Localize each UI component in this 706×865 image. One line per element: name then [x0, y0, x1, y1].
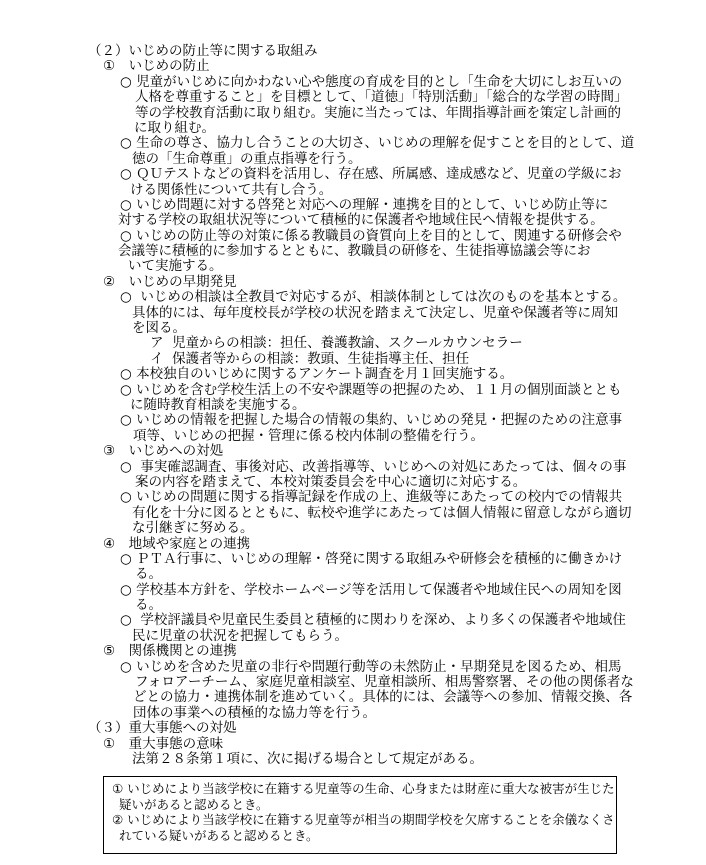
- text-line: イ 保護者等からの相談：教頭、生徒指導主任、担任: [150, 352, 688, 367]
- text-line: ② いじめにより当該学校に在籍する児童等が相当の期間学校を欠席することを余儀なく…: [112, 812, 610, 827]
- text-line: ③ いじめへの対処: [103, 444, 688, 459]
- text-line: ア 児童からの相談：担任、養護教諭、スクールカウンセラー: [150, 336, 688, 351]
- text-line: ○ いじめの問題に関する指導記録を作成の上、進級等にあたっての校内での情報共: [120, 490, 688, 505]
- text-line: ○ いじめを含む学校生活上の不安や課題等の把握のため、１１月の個別面談ととも: [120, 383, 688, 398]
- text-line: ① いじめの防止: [103, 59, 688, 74]
- serious-case-box-lines: ① いじめにより当該学校に在籍する児童等の生命、心身または財産に重大な被害が生じ…: [112, 781, 610, 843]
- text-line: ① 重大事態の意味: [103, 737, 688, 752]
- text-line: 具体的には、毎年度校長が学校の状況を踏まえて決定し、児童や保護者等に周知: [132, 306, 688, 321]
- text-line: 疑いがあると認めるとき。: [119, 797, 610, 812]
- text-line: な引継ぎに努める。: [132, 521, 688, 536]
- text-line: る。: [135, 567, 688, 582]
- policy-text-lines: （２）いじめの防止等に関する取組み① いじめの防止○ 児童がいじめに向かわない心…: [88, 44, 688, 767]
- text-line: どとの協力・連携体制を進めていく。具体的には、会議等への参加、情報交換、各: [133, 690, 688, 705]
- text-line: ④ 地域や家庭との連携: [103, 537, 688, 552]
- text-line: 会議等に積極的に参加するとともに、教職員の研修を、生徒指導協議会等にお: [118, 244, 688, 259]
- text-line: ○ 学校評議員や児童民生委員と積極的に関わりを深め、より多くの保護者や地域住: [120, 613, 688, 628]
- text-line: ⑤ 関係機関との連携: [103, 644, 688, 659]
- text-line: 有化を十分に図るとともに、転校や進学にあたっては個人情報に留意しながら適切: [132, 506, 688, 521]
- serious-case-definition-box: ① いじめにより当該学校に在籍する児童等の生命、心身または財産に重大な被害が生じ…: [103, 776, 617, 854]
- text-line: 項等、いじめの把握・管理に係る校内体制の整備を行う。: [133, 429, 688, 444]
- text-line: 団体の事業への積極的な協力等を行う。: [133, 706, 688, 721]
- text-line: ○ いじめ問題に対する啓発と対応への理解・連携を目的として、いじめ防止等に: [120, 198, 688, 213]
- text-line: 等の学校教育活動に取り組む。実施に当たっては、年間指導計画を策定し計画的: [135, 106, 688, 121]
- text-line: （３）重大事態への対処: [88, 721, 688, 736]
- text-line: 徳の「生命尊重」の重点指導を行う。: [132, 152, 688, 167]
- document-page: （２）いじめの防止等に関する取組み① いじめの防止○ 児童がいじめに向かわない心…: [0, 0, 706, 865]
- text-line: ○ いじめの防止等の対策に係る教職員の資質向上を目的として、関連する研修会や: [120, 229, 688, 244]
- text-line: ○ ＱＵテストなどの資料を活用し、存在感、所属感、達成感など、児童の学級にお: [120, 167, 688, 182]
- text-line: ける関係性について共有し合う。: [130, 183, 688, 198]
- text-line: 対する学校の取組状況等について積極的に保護者や地域住民へ情報を提供する。: [118, 213, 688, 228]
- text-line: ○ 児童がいじめに向かわない心や態度の育成を目的とし「生命を大切にしお互いの: [120, 75, 688, 90]
- text-line: ○ ＰＴＡ行事に、いじめの理解・啓発に関する取組みや研修会を積極的に働きかけ: [120, 552, 688, 567]
- text-line: ○ いじめの相談は全教員で対応するが、相談体制としては次のものを基本とする。: [120, 290, 688, 305]
- text-line: ○ いじめの情報を把握した場合の情報の集約、いじめの発見・把握のための注意事: [120, 413, 688, 428]
- bullying-prevention-policy-text: （２）いじめの防止等に関する取組み① いじめの防止○ 児童がいじめに向かわない心…: [88, 44, 688, 854]
- text-line: れている疑いがあると認めるとき。: [119, 828, 610, 843]
- text-line: ○ 事実確認調査、事後対応、改善指導等、いじめへの対処にあたっては、個々の事: [120, 460, 688, 475]
- text-line: ○ いじめを含めた児童の非行や問題行動等の未然防止・早期発見を図るため、相馬: [120, 660, 688, 675]
- text-line: （２）いじめの防止等に関する取組み: [88, 44, 688, 59]
- text-line: ○ 本校独自のいじめに関するアンケート調査を月１回実施する。: [120, 367, 688, 382]
- text-line: ○ 学校基本方針を、学校ホームページ等を活用して保護者や地域住民への周知を図: [120, 583, 688, 598]
- text-line: ② いじめの早期発見: [103, 275, 688, 290]
- text-line: 民に児童の状況を把握してもらう。: [132, 629, 688, 644]
- text-line: ○ 生命の尊さ、協力し合うことの大切さ、いじめの理解を促すことを目的として、道: [120, 136, 688, 151]
- text-line: 法第２８条第１項に、次に掲げる場合として規定がある。: [132, 752, 688, 767]
- text-line: 人格を尊重すること」を目標として、「道徳」「特別活動」「総合的な学習の時間」: [135, 90, 688, 105]
- text-line: ① いじめにより当該学校に在籍する児童等の生命、心身または財産に重大な被害が生じ…: [112, 781, 610, 796]
- text-line: いて実施する。: [128, 259, 688, 274]
